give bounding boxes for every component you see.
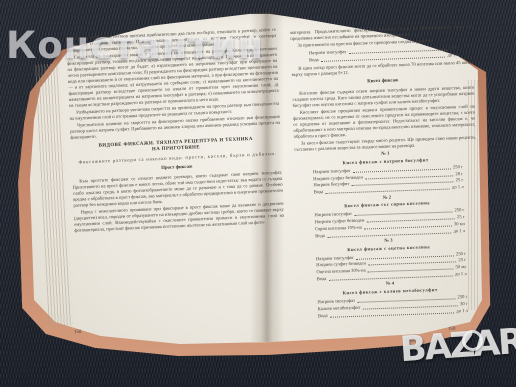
ingredient-amount: до 1 л xyxy=(456,308,468,314)
ingredient-amount: до 1 л xyxy=(447,52,459,58)
ingredient-amount: 250 г xyxy=(449,45,459,51)
page-number-left: 158 xyxy=(74,330,82,335)
recipe-ingredients: Натриев тиосулфат250 г Натриев сулфит бе… xyxy=(316,251,467,283)
watermark-bazar-logo: BAZAR xyxy=(399,322,516,370)
paragraph: Киселият фиксаж прекратява веднага прояв… xyxy=(293,103,476,139)
right-page-text: материала. Продължителното фиксиране (ня… xyxy=(290,24,482,326)
ingredient-amount: 250 г xyxy=(453,164,463,170)
ingredient-name: Вода xyxy=(318,312,328,318)
ingredient-amount: 250 г xyxy=(456,251,466,257)
ingredient-amount: 30 мл xyxy=(454,221,465,227)
dot-leader xyxy=(330,312,455,317)
ingredient-name: Вода xyxy=(317,276,327,282)
ingredient-amount: до 1 л xyxy=(453,228,465,234)
ingredient-amount: 30 г xyxy=(460,301,468,307)
ingredient-amount: 250 г xyxy=(457,294,467,300)
ingredient-amount: 20 г xyxy=(455,171,463,177)
ingredient-amount: 25 г xyxy=(456,177,464,183)
ingredient-amount: 25 г xyxy=(458,257,466,263)
photo-scene: материал и разбъркван разтвор протича пр… xyxy=(0,0,516,387)
watermark-seller-name: Константин xyxy=(6,24,264,67)
ingredient-amount: до 1 л xyxy=(455,271,467,277)
ingredient-amount: 250 г xyxy=(454,207,464,213)
ingredient-name: Вода xyxy=(314,189,324,195)
left-page-text: материал и разбъркван разтвор протича пр… xyxy=(66,27,288,324)
ingredient-amount: 25 г xyxy=(457,214,465,220)
recipe-ingredients: Натриев тиосулфат250 г Калиев метабисулф… xyxy=(317,294,468,319)
ingredient-name: Натриев бисулфит xyxy=(313,181,349,188)
ingredient-amount: до 1 л xyxy=(452,184,464,190)
ingredient-amount: 50 мл xyxy=(455,264,466,270)
ingredient-name: Вода xyxy=(309,57,319,63)
ingredient-name: Вода xyxy=(315,232,325,238)
recipe-ingredients: Натриев тиосулфат250 г Натриев сулфит бе… xyxy=(313,164,464,196)
recipe-ingredients: Натриев тиосулфат250 г Натриев сулфит бе… xyxy=(314,207,465,239)
